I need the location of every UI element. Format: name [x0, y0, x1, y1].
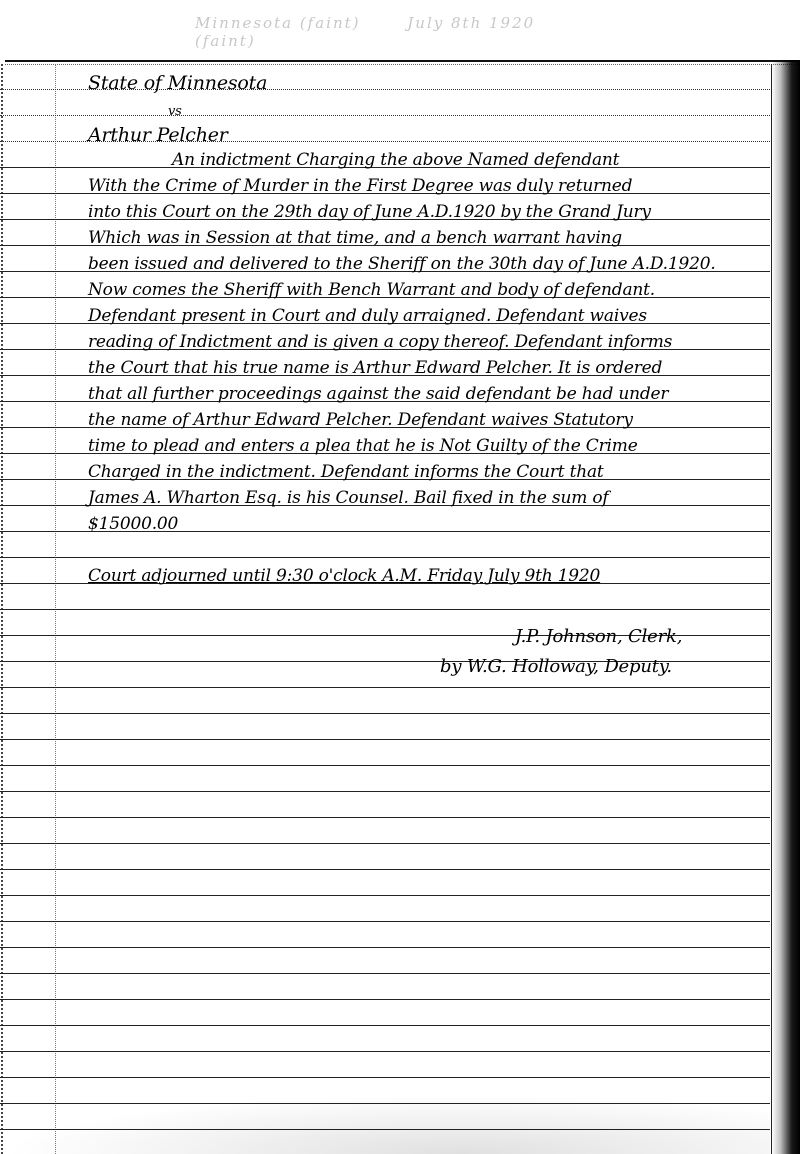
caption-defendant: Arthur Pelcher	[88, 124, 228, 146]
body-line-13: Charged in the indictment. Defendant inf…	[88, 462, 604, 482]
ruled-line	[0, 947, 770, 948]
body-line-14: James A. Wharton Esq. is his Counsel. Ba…	[88, 488, 608, 508]
clerk-signature: J.P. Johnson, Clerk,	[515, 626, 682, 647]
ruled-line	[0, 921, 770, 922]
body-line-2: With the Crime of Murder in the First De…	[88, 176, 632, 196]
header-rule-dotted	[5, 64, 798, 66]
body-line-1: An indictment Charging the above Named d…	[172, 150, 619, 170]
deputy-signature: by W.G. Holloway, Deputy.	[440, 656, 672, 677]
caption-plaintiff: State of Minnesota	[88, 72, 267, 94]
header-note-left: Minnesota (faint)	[195, 14, 361, 32]
ruled-line	[0, 973, 770, 974]
body-line-6: Now comes the Sheriff with Bench Warrant…	[88, 280, 655, 300]
ruled-line	[0, 557, 770, 558]
ruled-line	[0, 713, 770, 714]
body-line-8: reading of Indictment and is given a cop…	[88, 332, 672, 352]
ruled-line	[0, 895, 770, 896]
body-line-4: Which was in Session at that time, and a…	[88, 228, 622, 248]
ruled-line	[0, 843, 770, 844]
ruled-line	[0, 609, 770, 610]
header-rule	[5, 60, 798, 62]
scan-edge-shadow	[772, 60, 800, 1154]
ruled-line	[0, 1025, 770, 1026]
body-line-7: Defendant present in Court and duly arra…	[88, 306, 647, 326]
ruled-line	[0, 999, 770, 1000]
body-line-9: the Court that his true name is Arthur E…	[88, 358, 662, 378]
ruled-line	[0, 687, 770, 688]
ruled-line	[0, 817, 770, 818]
ledger-page: Minnesota (faint) July 8th 1920 (faint) …	[0, 0, 800, 1154]
ruled-line	[0, 791, 770, 792]
body-line-10: that all further proceedings against the…	[88, 384, 668, 404]
faint-header-note: Minnesota (faint) July 8th 1920 (faint)	[195, 14, 575, 44]
ruled-line	[0, 869, 770, 870]
ruled-line	[0, 1051, 770, 1052]
body-line-12: time to plead and enters a plea that he …	[88, 436, 638, 456]
ruled-line	[0, 739, 770, 740]
body-line-5: been issued and delivered to the Sheriff…	[88, 254, 716, 274]
body-line-11: the name of Arthur Edward Pelcher. Defen…	[88, 410, 633, 430]
adjournment-line: Court adjourned until 9:30 o'clock A.M. …	[88, 566, 600, 586]
body-line-3: into this Court on the 29th day of June …	[88, 202, 651, 222]
scan-noise	[0, 1094, 770, 1154]
bail-amount: $15000.00	[88, 514, 178, 534]
ruled-line	[0, 115, 770, 117]
caption-versus: vs	[168, 104, 182, 119]
ruled-line	[0, 765, 770, 766]
ruled-line	[0, 1077, 770, 1078]
